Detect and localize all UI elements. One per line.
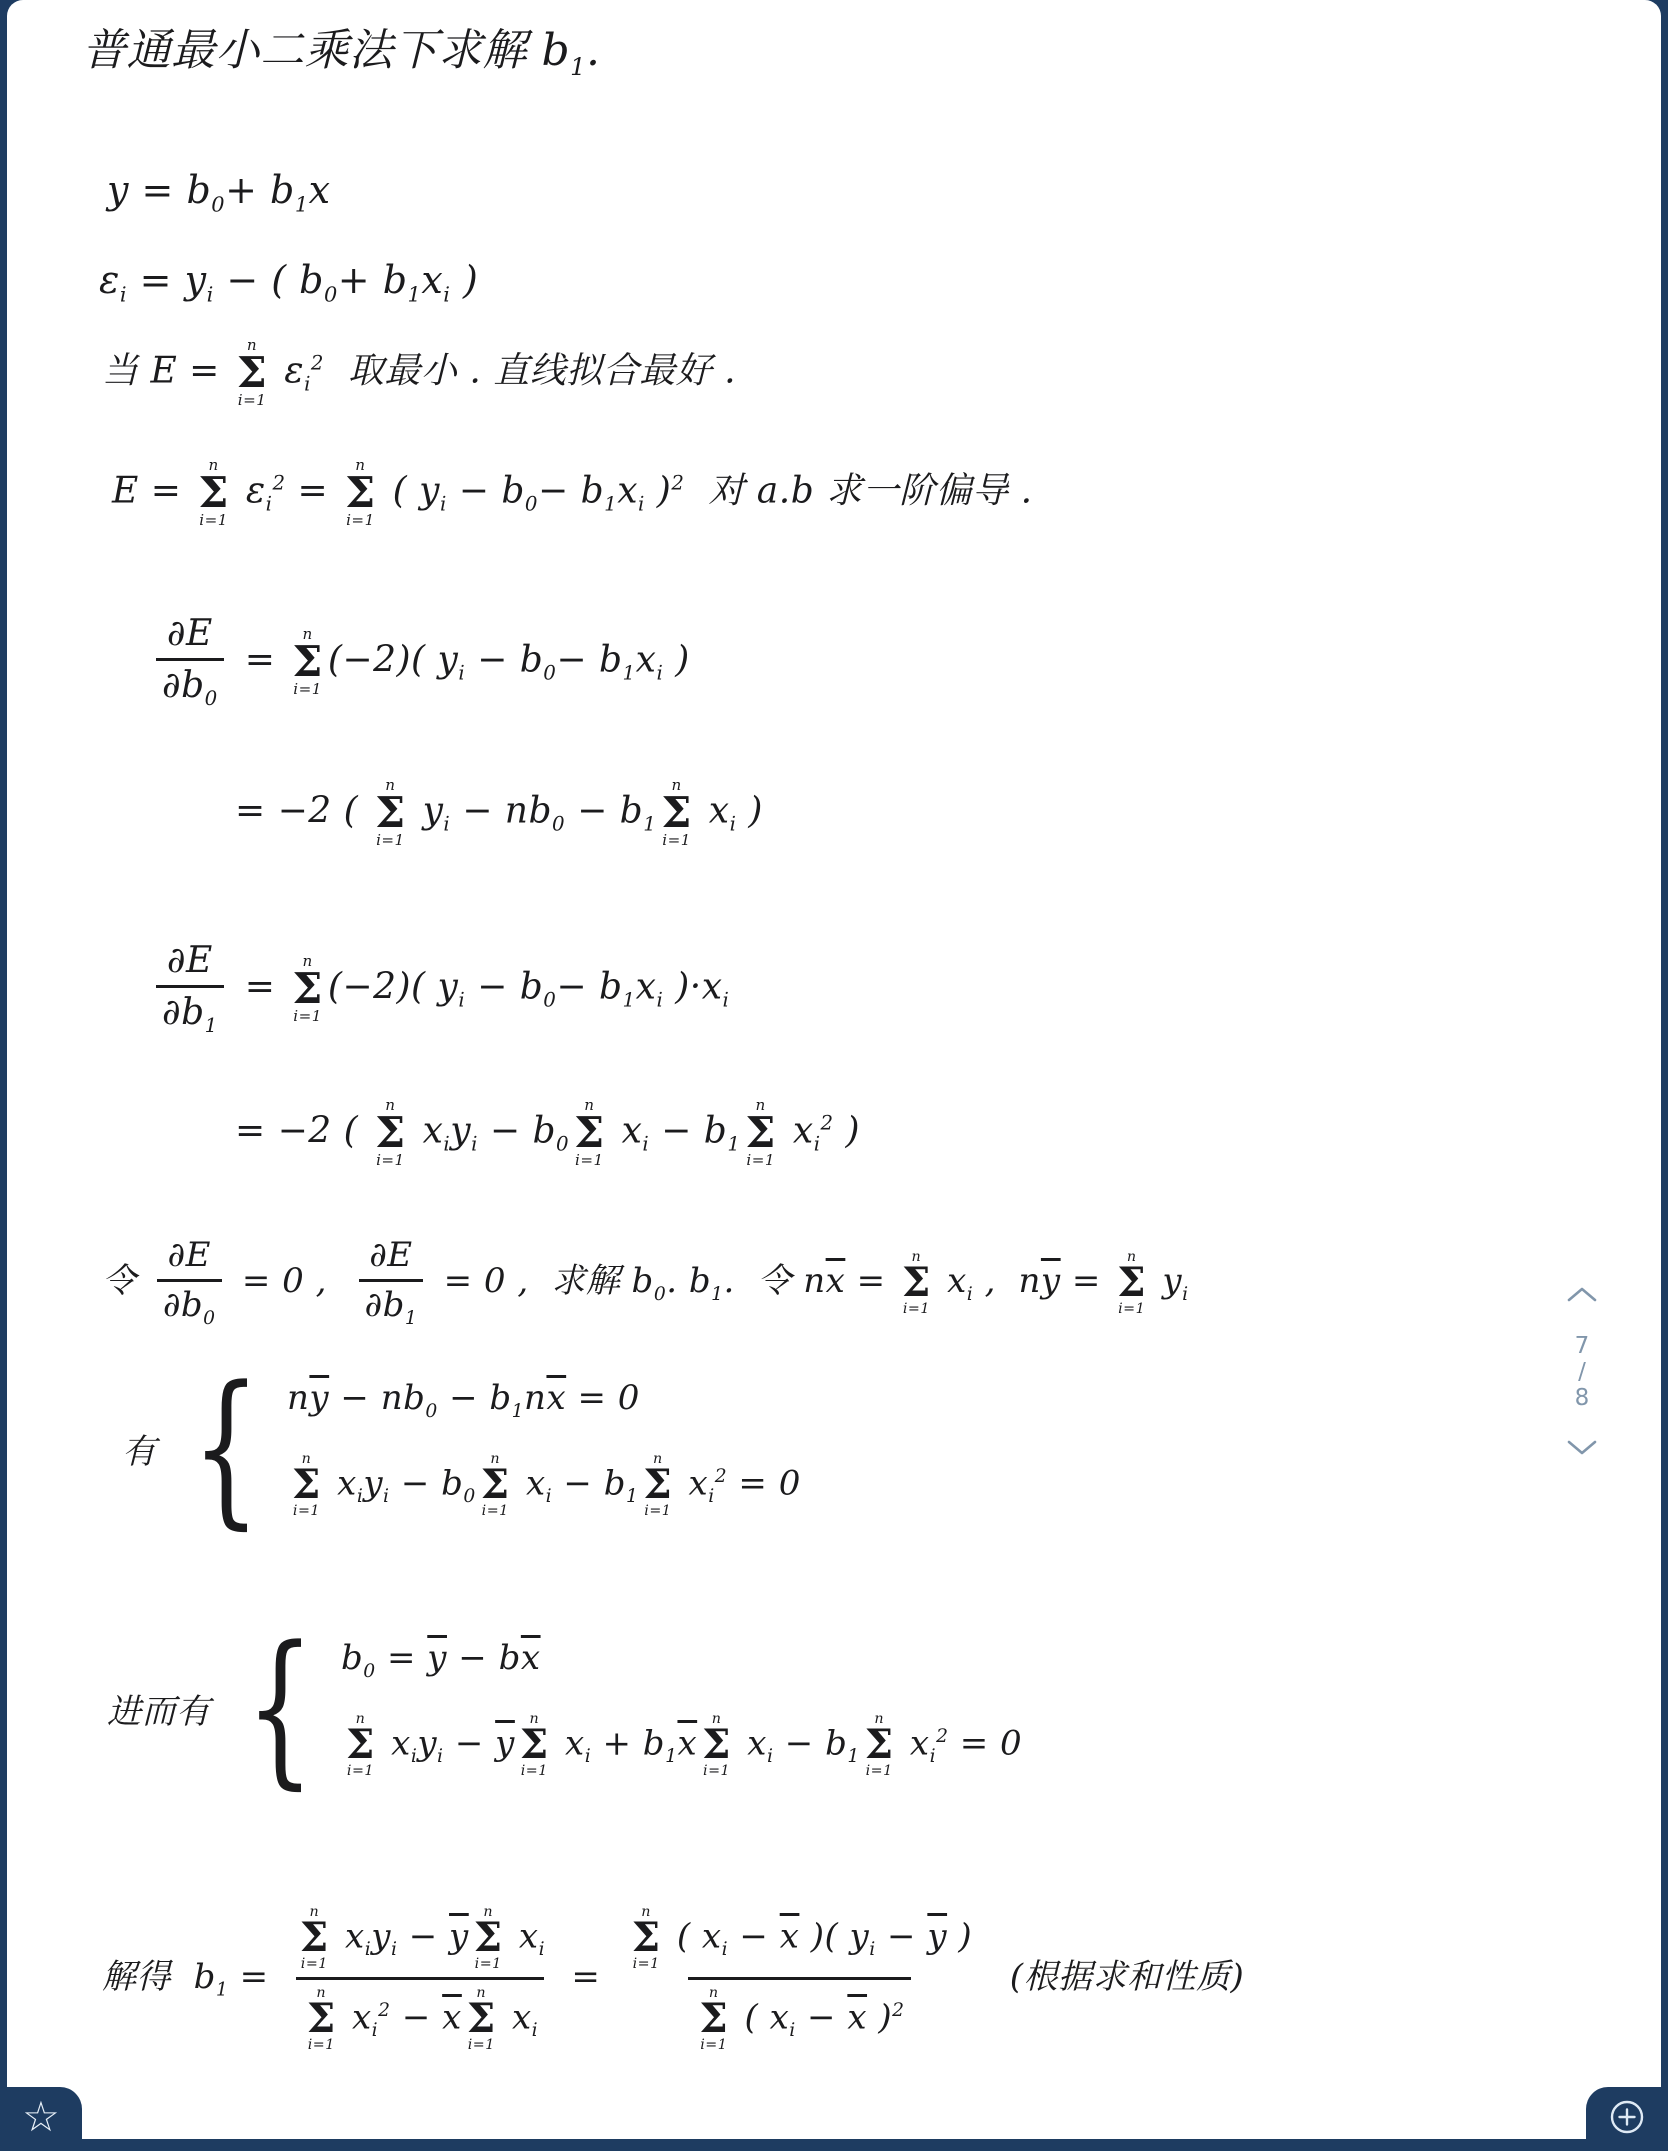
note-line: y = b0+ b1x	[107, 168, 331, 217]
note-line: ∂E∂b0 = nΣi=1(−2)( yi − b0− b1xi )	[147, 615, 690, 710]
note-line: 令 ∂E∂b0 = 0 , ∂E∂b1 = 0 , 求解 b0. b1. 令 n…	[102, 1238, 1189, 1328]
note-line: ∂E∂b1 = nΣi=1(−2)( yi − b0− b1xi )·xi	[147, 942, 729, 1037]
page-total: 8	[1575, 1385, 1590, 1411]
page-divider: /	[1575, 1359, 1590, 1385]
chevron-down-icon[interactable]	[1566, 1439, 1598, 1456]
note-line: 解得 b1 = nΣi=1 xiyi − ynΣi=1 xinΣi=1 xi2 …	[102, 1905, 1244, 2053]
note-line: 当 E = nΣi=1 εi2 取最小 . 直线拟合最好 .	[102, 338, 736, 409]
note-line: εi = yi − ( b0+ b1xi )	[99, 258, 478, 307]
equation-system: 进而有{b0 = y − bxnΣi=1 xiyi − ynΣi=1 xi + …	[107, 1638, 1022, 1779]
note-line: E = nΣi=1 εi2 = nΣi=1 ( yi − b0− b1xi )2…	[112, 458, 1033, 529]
page-indicator: 7 / 8	[1556, 1286, 1608, 1456]
note-line: 普通最小二乘法下求解 b1.	[82, 14, 601, 81]
note-line: = −2 ( nΣi=1 yi − nb0 − b1nΣi=1 xi )	[235, 778, 763, 849]
star-icon: ☆	[22, 2096, 60, 2138]
add-page-button[interactable]	[1586, 2087, 1668, 2151]
page-current: 7	[1575, 1333, 1590, 1359]
plus-circle-icon	[1607, 2099, 1647, 2139]
note-page: 普通最小二乘法下求解 b1.y = b0+ b1xεi = yi − ( b0+…	[7, 0, 1661, 2139]
chevron-up-icon[interactable]	[1566, 1286, 1598, 1303]
bottom-bar	[0, 2139, 1668, 2151]
equation-system: 有{ny − nb0 − b1nx = 0nΣi=1 xiyi − b0nΣi=…	[122, 1378, 801, 1519]
page-number: 7 / 8	[1575, 1333, 1590, 1411]
favorite-button[interactable]: ☆	[0, 2087, 82, 2151]
note-line: = −2 ( nΣi=1 xiyi − b0nΣi=1 xi − b1nΣi=1…	[235, 1098, 860, 1169]
note-content: 普通最小二乘法下求解 b1.y = b0+ b1xεi = yi − ( b0+…	[7, 0, 1661, 2139]
